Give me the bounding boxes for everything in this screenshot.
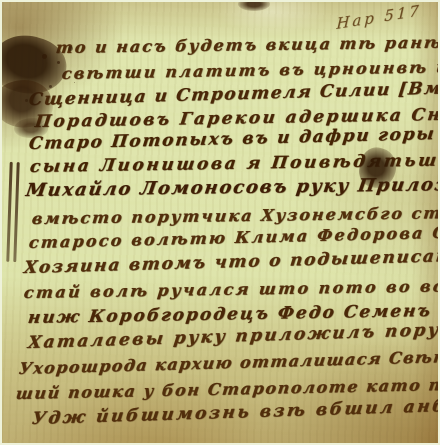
manuscript-text-layer: Нар 517 то и насъ будетъ вкица тѣ ранѣсе… [2, 2, 438, 443]
manuscript-line: стай волѣ ручался што пото во всѣ [23, 276, 440, 302]
manuscript-line: то и насъ будетъ вкица тѣ ранѣсе денги [55, 31, 440, 57]
manuscript-photo: Нар 517 то и насъ будетъ вкица тѣ ранѣсе… [0, 0, 440, 445]
shelf-mark: Нар 517 [336, 1, 422, 33]
manuscript-line: свѣтши платитъ въ црноинвѣ ианхъ пои [61, 55, 440, 83]
manuscript-line-lomonosov-signature: Михайло Ломоносовъ руку Приложилъ [24, 173, 440, 201]
manuscript-line: сына Лионишова я Поивѣдятьшивъ [29, 150, 440, 177]
